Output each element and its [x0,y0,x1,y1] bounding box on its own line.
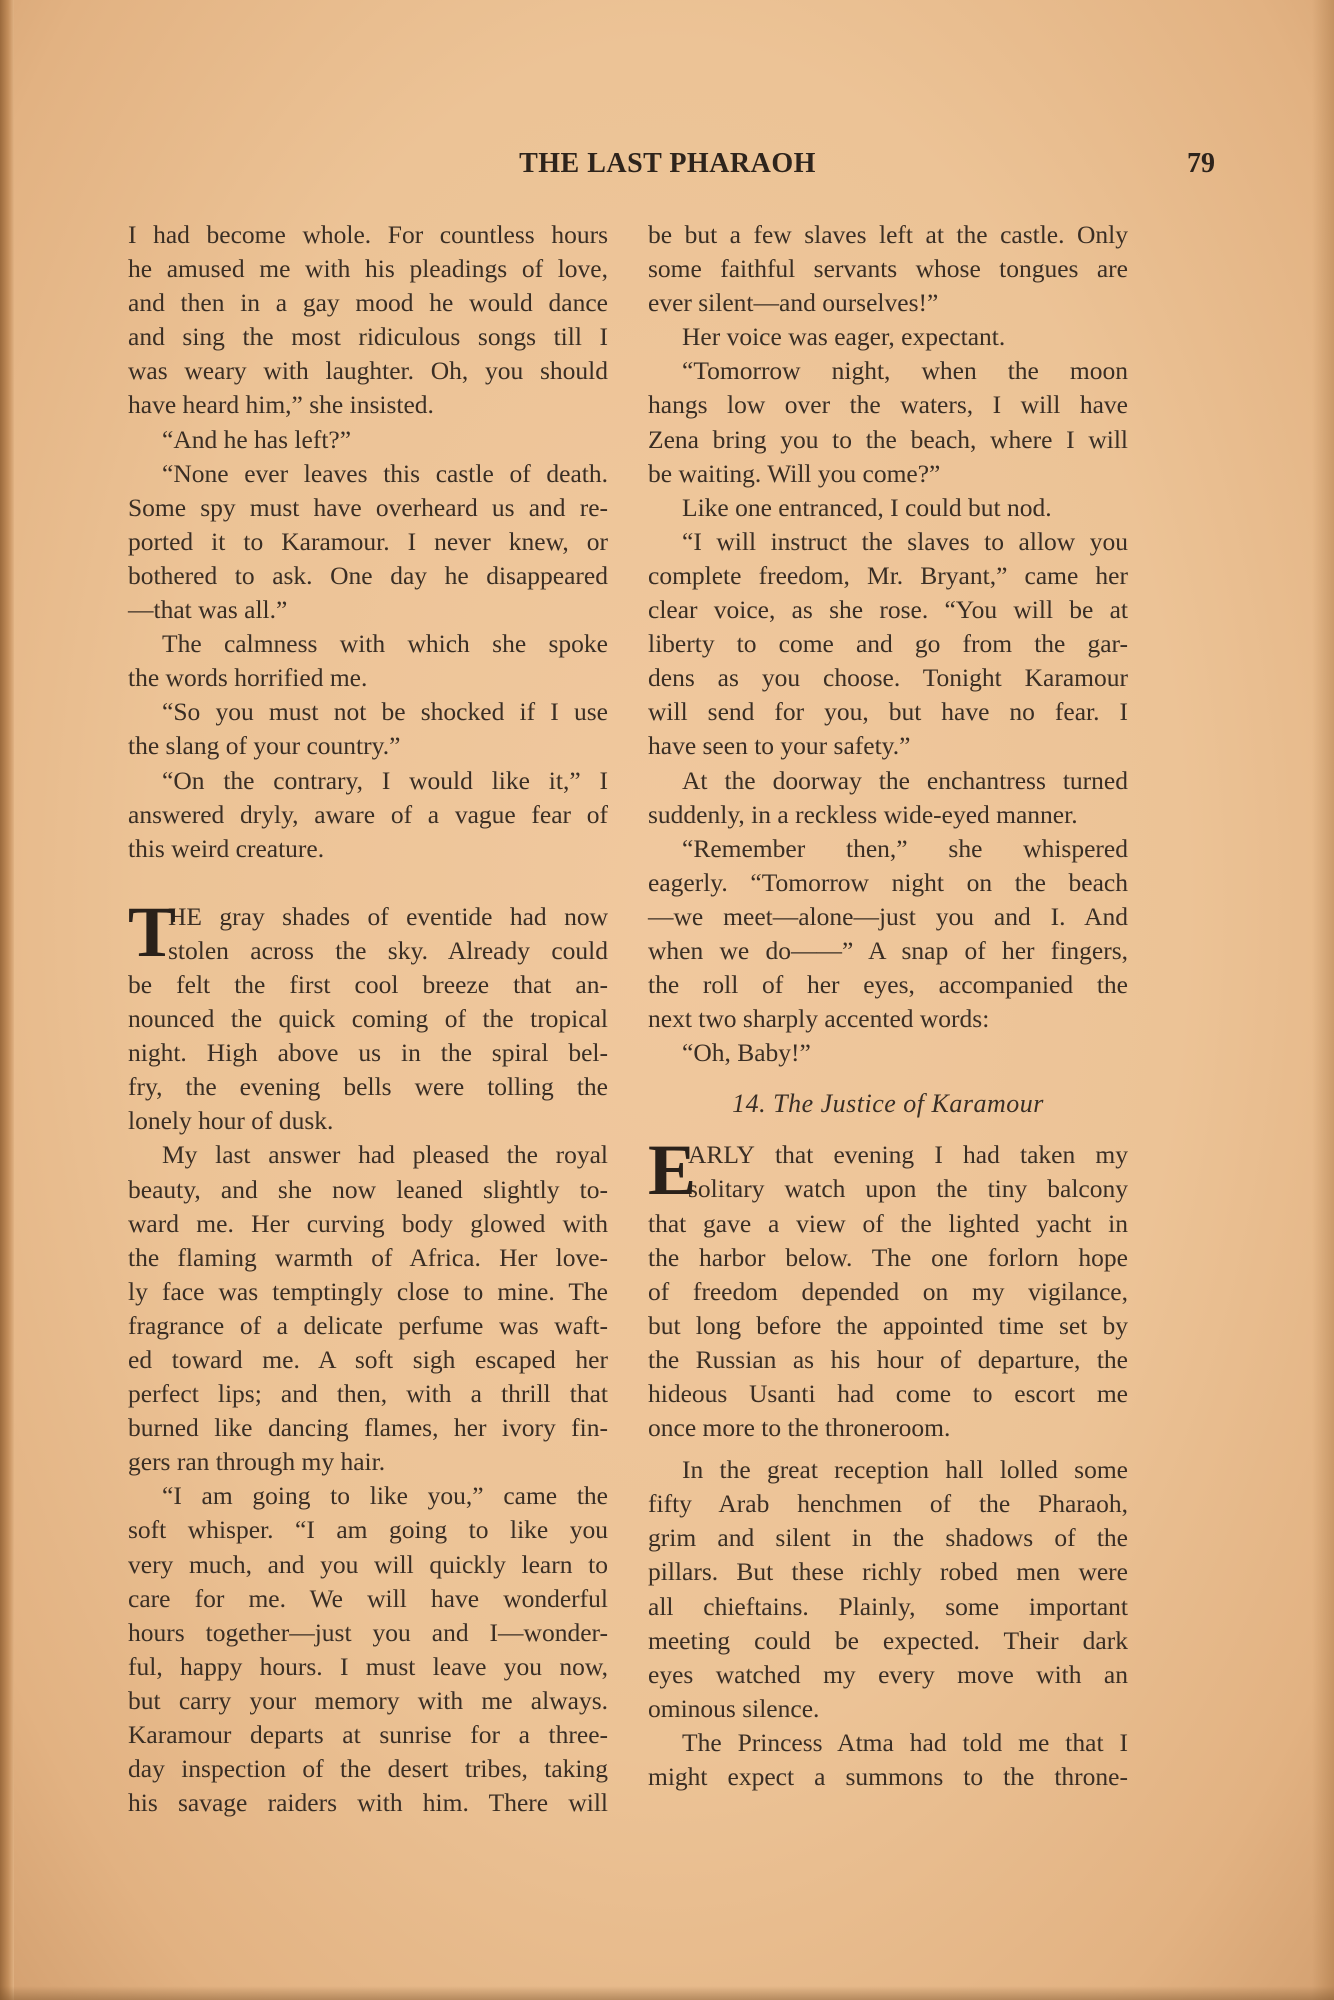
paragraph: “Remember then,” she whispered eagerly. … [648,832,1128,1037]
text-line: ward me. Her curving body glowed with [128,1207,608,1241]
text-line: ly face was temptingly close to mine. Th… [128,1275,608,1309]
text-line: complete freedom, Mr. Bryant,” came her [648,559,1128,593]
text-line: perfect lips; and then, with a thrill th… [128,1377,608,1411]
text-line: but long before the appointed time set b… [648,1309,1128,1343]
text-line: —that was all.” [128,593,608,627]
book-page: THE LAST PHARAOH 79 I had become whole. … [0,0,1334,2000]
text-line: have seen to your safety.” [648,729,1128,763]
text-line: hours together—just you and I—wonder- [128,1616,608,1650]
paragraph: “So you must not be shocked if I use the… [128,695,608,763]
left-column: I had become whole. For countless hours … [128,218,608,1820]
paragraph: Her voice was eager, expectant. [648,320,1128,354]
page-bottom-edge [0,1986,1334,2000]
text-line: liberty to come and go from the gar- [648,627,1128,661]
text-line: the slang of your country.” [128,729,608,763]
text-line: ported it to Karamour. I never knew, or [128,525,608,559]
chapter-opening-paragraph: E ARLY that evening I had taken my solit… [648,1138,1128,1445]
text-line: lonely hour of dusk. [128,1104,608,1138]
page-number: 79 [1187,148,1215,180]
drop-cap: T [128,902,176,962]
line-text: that evening I had taken my [755,1140,1128,1169]
text-line: fry, the evening bells were tolling the [128,1070,608,1104]
text-line: “And he has left?” [128,423,608,457]
text-line: care for me. We will have wonderful [128,1582,608,1616]
text-line: dens as you choose. Tonight Karamour [648,661,1128,695]
text-line: meeting could be expected. Their dark [648,1624,1128,1658]
text-line: night. High above us in the spiral bel- [128,1036,608,1070]
text-line: be but a few slaves left at the castle. … [648,218,1128,252]
text-line: be waiting. Will you come?” [648,457,1128,491]
text-line: hideous Usanti had come to escort me [648,1377,1128,1411]
paragraph: “Tomorrow night, when the moon hangs low… [648,354,1128,490]
text-line: and then in a gay mood he would dance [128,286,608,320]
text-line: fragrance of a delicate perfume was waft… [128,1309,608,1343]
drop-cap: E [648,1140,696,1200]
section-break [128,866,608,900]
paragraph: “And he has left?” [128,423,608,457]
text-line: suddenly, in a reckless wide-eyed manner… [648,798,1128,832]
paragraph: At the doorway the enchantress turned su… [648,764,1128,832]
paragraph: I had become whole. For countless hours … [128,218,608,423]
text-line: gers ran through my hair. [128,1445,608,1479]
text-line: Like one entranced, I could but nod. [648,491,1128,525]
text-line: —we meet—alone—just you and I. And [648,900,1128,934]
text-line: “On the contrary, I would like it,” I [128,764,608,798]
text-line: My last answer had pleased the royal [128,1138,608,1172]
text-line: the harbor below. The one forlorn hope [648,1241,1128,1275]
paragraph: “None ever leaves this castle of death. … [128,457,608,627]
text-line: “Oh, Baby!” [648,1036,1128,1070]
text-line: solitary watch upon the tiny balcony [648,1172,1128,1206]
text-line: he amused me with his pleadings of love, [128,252,608,286]
text-line: The Princess Atma had told me that I [648,1726,1128,1760]
text-line: In the great reception hall lolled some [648,1453,1128,1487]
page-right-edge [1312,0,1334,2000]
text-line: all chieftains. Plainly, some important [648,1590,1128,1624]
book-title: THE LAST PHARAOH [120,148,1215,180]
text-line: next two sharply accented words: [648,1002,1128,1036]
line-text: gray shades of eventide had now [202,902,608,931]
text-line: was weary with laughter. Oh, you should [128,354,608,388]
text-line: ed toward me. A soft sigh escaped her [128,1343,608,1377]
text-line: the roll of her eyes, accompanied the [648,968,1128,1002]
text-line: nounced the quick coming of the tropical [128,1002,608,1036]
text-line: “So you must not be shocked if I use [128,695,608,729]
text-line: stolen across the sky. Already could [128,934,608,968]
text-line: Her voice was eager, expectant. [648,320,1128,354]
text-line: soft whisper. “I am going to like you [128,1513,608,1547]
text-line: grim and silent in the shadows of the [648,1521,1128,1555]
text-line: ever silent—and ourselves!” [648,286,1128,320]
paragraph: The Princess Atma had told me that I mig… [648,1726,1128,1794]
text-line: “Remember then,” she whispered [648,832,1128,866]
text-line: of freedom depended on my vigilance, [648,1275,1128,1309]
text-line: beauty, and she now leaned slightly to- [128,1173,608,1207]
text-line: answered dryly, aware of a vague fear of [128,798,608,832]
text-line: the flaming warmth of Africa. Her love- [128,1241,608,1275]
text-line: but carry your memory with me always. [128,1684,608,1718]
paragraph: Like one entranced, I could but nod. [648,491,1128,525]
text-line: Some spy must have overheard us and re- [128,491,608,525]
text-line: I had become whole. For countless hours [128,218,608,252]
text-line: very much, and you will quickly learn to [128,1548,608,1582]
text-line: “None ever leaves this castle of death. [128,457,608,491]
text-line: some faithful servants whose tongues are [648,252,1128,286]
text-line: ominous silence. [648,1692,1128,1726]
text-line: eagerly. “Tomorrow night on the beach [648,866,1128,900]
text-line: “I will instruct the slaves to allow you [648,525,1128,559]
text-line: At the doorway the enchantress turned [648,764,1128,798]
paragraph: The calmness with which she spoke the wo… [128,627,608,695]
running-head: THE LAST PHARAOH 79 [120,148,1215,188]
text-line: The calmness with which she spoke [128,627,608,661]
text-line: bothered to ask. One day he disappeared [128,559,608,593]
paragraph: “On the contrary, I would like it,” I an… [128,764,608,866]
right-column: be but a few slaves left at the castle. … [648,218,1128,1794]
paragraph: “I will instruct the slaves to allow you… [648,525,1128,764]
text-line: fifty Arab henchmen of the Pharaoh, [648,1487,1128,1521]
text-line: day inspection of the desert tribes, tak… [128,1752,608,1786]
text-line: Karamour departs at sunrise for a three- [128,1718,608,1752]
paragraph: “Oh, Baby!” [648,1036,1128,1070]
text-line: hangs low over the waters, I will have [648,388,1128,422]
text-line: once more to the throneroom. [648,1411,1128,1445]
text-line: pillars. But these richly robed men were [648,1555,1128,1589]
text-line: that gave a view of the lighted yacht in [648,1207,1128,1241]
text-line: will send for you, but have no fear. I [648,695,1128,729]
text-line: “I am going to like you,” came the [128,1479,608,1513]
text-line: ARLY that evening I had taken my [648,1138,1128,1172]
text-line: this weird creature. [128,832,608,866]
section-opening-paragraph: T HE gray shades of eventide had now sto… [128,900,608,1139]
text-line: and sing the most ridiculous songs till … [128,320,608,354]
text-line: eyes watched my every move with an [648,1658,1128,1692]
paragraph: My last answer had pleased the royal bea… [128,1138,608,1479]
paragraph: In the great reception hall lolled some … [648,1453,1128,1726]
text-line: be felt the first cool breeze that an- [128,968,608,1002]
text-line: might expect a summons to the throne- [648,1760,1128,1794]
chapter-heading: 14. The Justice of Karamour [648,1070,1128,1138]
text-line: Zena bring you to the beach, where I wil… [648,423,1128,457]
text-line: the Russian as his hour of departure, th… [648,1343,1128,1377]
paragraph: be but a few slaves left at the castle. … [648,218,1128,320]
text-line: the words horrified me. [128,661,608,695]
text-line: his savage raiders with him. There will [128,1786,608,1820]
text-line: clear voice, as she rose. “You will be a… [648,593,1128,627]
page-spine-edge [0,0,14,2000]
text-line: ful, happy hours. I must leave you now, [128,1650,608,1684]
paragraph: “I am going to like you,” came the soft … [128,1479,608,1820]
text-line: HE gray shades of eventide had now [128,900,608,934]
text-line: when we do——” A snap of her fingers, [648,934,1128,968]
text-line: have heard him,” she insisted. [128,388,608,422]
text-line: “Tomorrow night, when the moon [648,354,1128,388]
text-line: burned like dancing flames, her ivory fi… [128,1411,608,1445]
small-caps-word: ARLY [688,1140,755,1169]
